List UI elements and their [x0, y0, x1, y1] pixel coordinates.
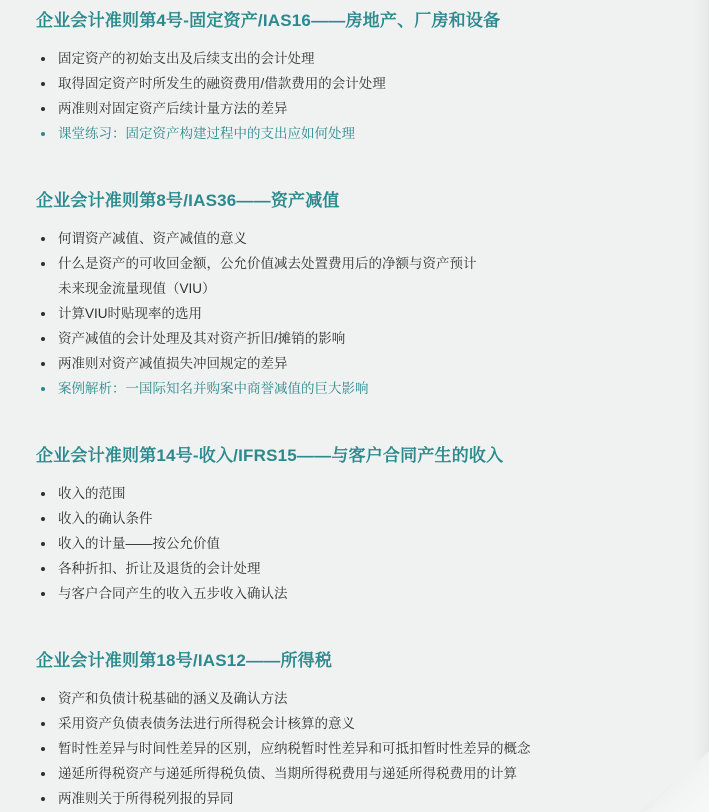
bullet-item: 收入的确认条件	[36, 506, 680, 531]
bullet-item: 收入的范围	[36, 481, 680, 506]
bullet-item-text: 收入的确认条件	[58, 511, 153, 526]
bullet-item: 两准则关于所得税列报的异同	[36, 786, 680, 811]
section-heading: 企业会计准则第8号/IAS36——资产减值	[36, 188, 685, 214]
bullet-icon	[41, 57, 45, 61]
course-outline-page: 企业会计准则第4号-固定资产/IAS16——房地产、厂房和设备 固定资产的初始支…	[0, 0, 709, 812]
bullet-item: 暂时性差异与时间性差异的区别，应纳税暂时性差异和可抵扣暂时性差异的概念	[36, 736, 680, 761]
bullet-icon	[41, 337, 45, 341]
bullet-item-text: 资产和负债计税基础的涵义及确认方法	[58, 691, 288, 706]
bullet-item-text: 两准则关于所得税列报的异同	[58, 791, 234, 806]
bullet-icon	[41, 542, 45, 546]
bullet-item: 案例解析：一国际知名并购案中商誉减值的巨大影响	[36, 376, 680, 401]
section-heading: 企业会计准则第14号-收入/IFRS15——与客户合同产生的收入	[36, 443, 685, 469]
bullet-item: 递延所得税资产与递延所得税负债、当期所得税费用与递延所得税费用的计算	[36, 761, 680, 786]
bullet-item: 取得固定资产时所发生的融资费用/借款费用的会计处理	[36, 71, 680, 96]
bullet-icon	[41, 132, 45, 136]
section-bullet-list: 固定资产的初始支出及后续支出的会计处理 取得固定资产时所发生的融资费用/借款费用…	[36, 46, 680, 146]
bullet-item: 两准则对资产减值损失冲回规定的差异	[36, 351, 680, 376]
bullet-item-text: 各种折扣、折让及退货的会计处理	[58, 561, 261, 576]
bullet-item: 课堂练习：固定资产构建过程中的支出应如何处理	[36, 121, 680, 146]
bullet-item-text: 案例解析：一国际知名并购案中商誉减值的巨大影响	[58, 381, 369, 396]
bullet-icon	[41, 567, 45, 571]
bullet-item-text: 两准则对资产减值损失冲回规定的差异	[58, 356, 288, 371]
bullet-item: 计算VIU时贴现率的选用	[36, 301, 680, 326]
bullet-icon	[41, 772, 45, 776]
outline-section: 企业会计准则第4号-固定资产/IAS16——房地产、厂房和设备 固定资产的初始支…	[36, 8, 685, 146]
bullet-icon	[41, 517, 45, 521]
bullet-item-text: 计算VIU时贴现率的选用	[58, 306, 202, 321]
bullet-item: 两准则对固定资产后续计量方法的差异	[36, 96, 680, 121]
bullet-item: 与客户合同产生的收入五步收入确认法	[36, 581, 680, 606]
bullet-item: 收入的计量——按公允价值	[36, 531, 680, 556]
bullet-item-text: 何谓资产减值、资产减值的意义	[58, 231, 247, 246]
bullet-icon	[41, 362, 45, 366]
bullet-item: 资产和负债计税基础的涵义及确认方法	[36, 686, 680, 711]
bullet-icon	[41, 722, 45, 726]
bullet-icon	[41, 237, 45, 241]
section-heading: 企业会计准则第4号-固定资产/IAS16——房地产、厂房和设备	[36, 8, 685, 34]
bullet-icon	[41, 697, 45, 701]
bullet-item: 什么是资产的可收回金额，公允价值减去处置费用后的净额与资产预计 未来现金流量现值…	[36, 251, 680, 301]
bullet-item-text: 课堂练习：固定资产构建过程中的支出应如何处理	[58, 126, 355, 141]
bullet-item-text: 固定资产的初始支出及后续支出的会计处理	[58, 51, 315, 66]
bullet-item-text: 收入的计量——按公允价值	[58, 536, 220, 551]
bullet-item: 各种折扣、折让及退货的会计处理	[36, 556, 680, 581]
bullet-item: 采用资产负债表债务法进行所得税会计核算的意义	[36, 711, 680, 736]
bullet-item-text: 采用资产负债表债务法进行所得税会计核算的意义	[58, 716, 355, 731]
bullet-icon	[41, 492, 45, 496]
bullet-item-text: 暂时性差异与时间性差异的区别，应纳税暂时性差异和可抵扣暂时性差异的概念	[58, 741, 531, 756]
outline-sections: 企业会计准则第4号-固定资产/IAS16——房地产、厂房和设备 固定资产的初始支…	[36, 0, 685, 811]
outline-section: 企业会计准则第14号-收入/IFRS15——与客户合同产生的收入 收入的范围 收…	[36, 443, 685, 606]
page-edge-shading	[693, 0, 709, 812]
bullet-icon	[41, 82, 45, 86]
bullet-icon	[41, 312, 45, 316]
bullet-item-text: 取得固定资产时所发生的融资费用/借款费用的会计处理	[58, 76, 386, 91]
bullet-icon	[41, 387, 45, 391]
section-bullet-list: 收入的范围 收入的确认条件 收入的计量——按公允价值 各种折扣、折让及退货的会计…	[36, 481, 680, 606]
bullet-item: 何谓资产减值、资产减值的意义	[36, 226, 680, 251]
outline-section: 企业会计准则第18号/IAS12——所得税 资产和负债计税基础的涵义及确认方法 …	[36, 648, 685, 811]
section-bullet-list: 资产和负债计税基础的涵义及确认方法 采用资产负债表债务法进行所得税会计核算的意义…	[36, 686, 680, 811]
bullet-item-text: 什么是资产的可收回金额，公允价值减去处置费用后的净额与资产预计 未来现金流量现值…	[58, 256, 477, 296]
bullet-item-text: 收入的范围	[58, 486, 126, 501]
bullet-item: 固定资产的初始支出及后续支出的会计处理	[36, 46, 680, 71]
section-bullet-list: 何谓资产减值、资产减值的意义 什么是资产的可收回金额，公允价值减去处置费用后的净…	[36, 226, 680, 401]
bullet-item-text: 递延所得税资产与递延所得税负债、当期所得税费用与递延所得税费用的计算	[58, 766, 517, 781]
bullet-icon	[41, 262, 45, 266]
section-heading: 企业会计准则第18号/IAS12——所得税	[36, 648, 685, 674]
outline-section: 企业会计准则第8号/IAS36——资产减值 何谓资产减值、资产减值的意义 什么是…	[36, 188, 685, 401]
bullet-icon	[41, 747, 45, 751]
bullet-item-text: 两准则对固定资产后续计量方法的差异	[58, 101, 288, 116]
bullet-icon	[41, 107, 45, 111]
bullet-item-text: 与客户合同产生的收入五步收入确认法	[58, 586, 288, 601]
bullet-item: 资产减值的会计处理及其对资产折旧/摊销的影响	[36, 326, 680, 351]
bullet-icon	[41, 592, 45, 596]
bullet-icon	[41, 797, 45, 801]
bullet-item-text: 资产减值的会计处理及其对资产折旧/摊销的影响	[58, 331, 345, 346]
